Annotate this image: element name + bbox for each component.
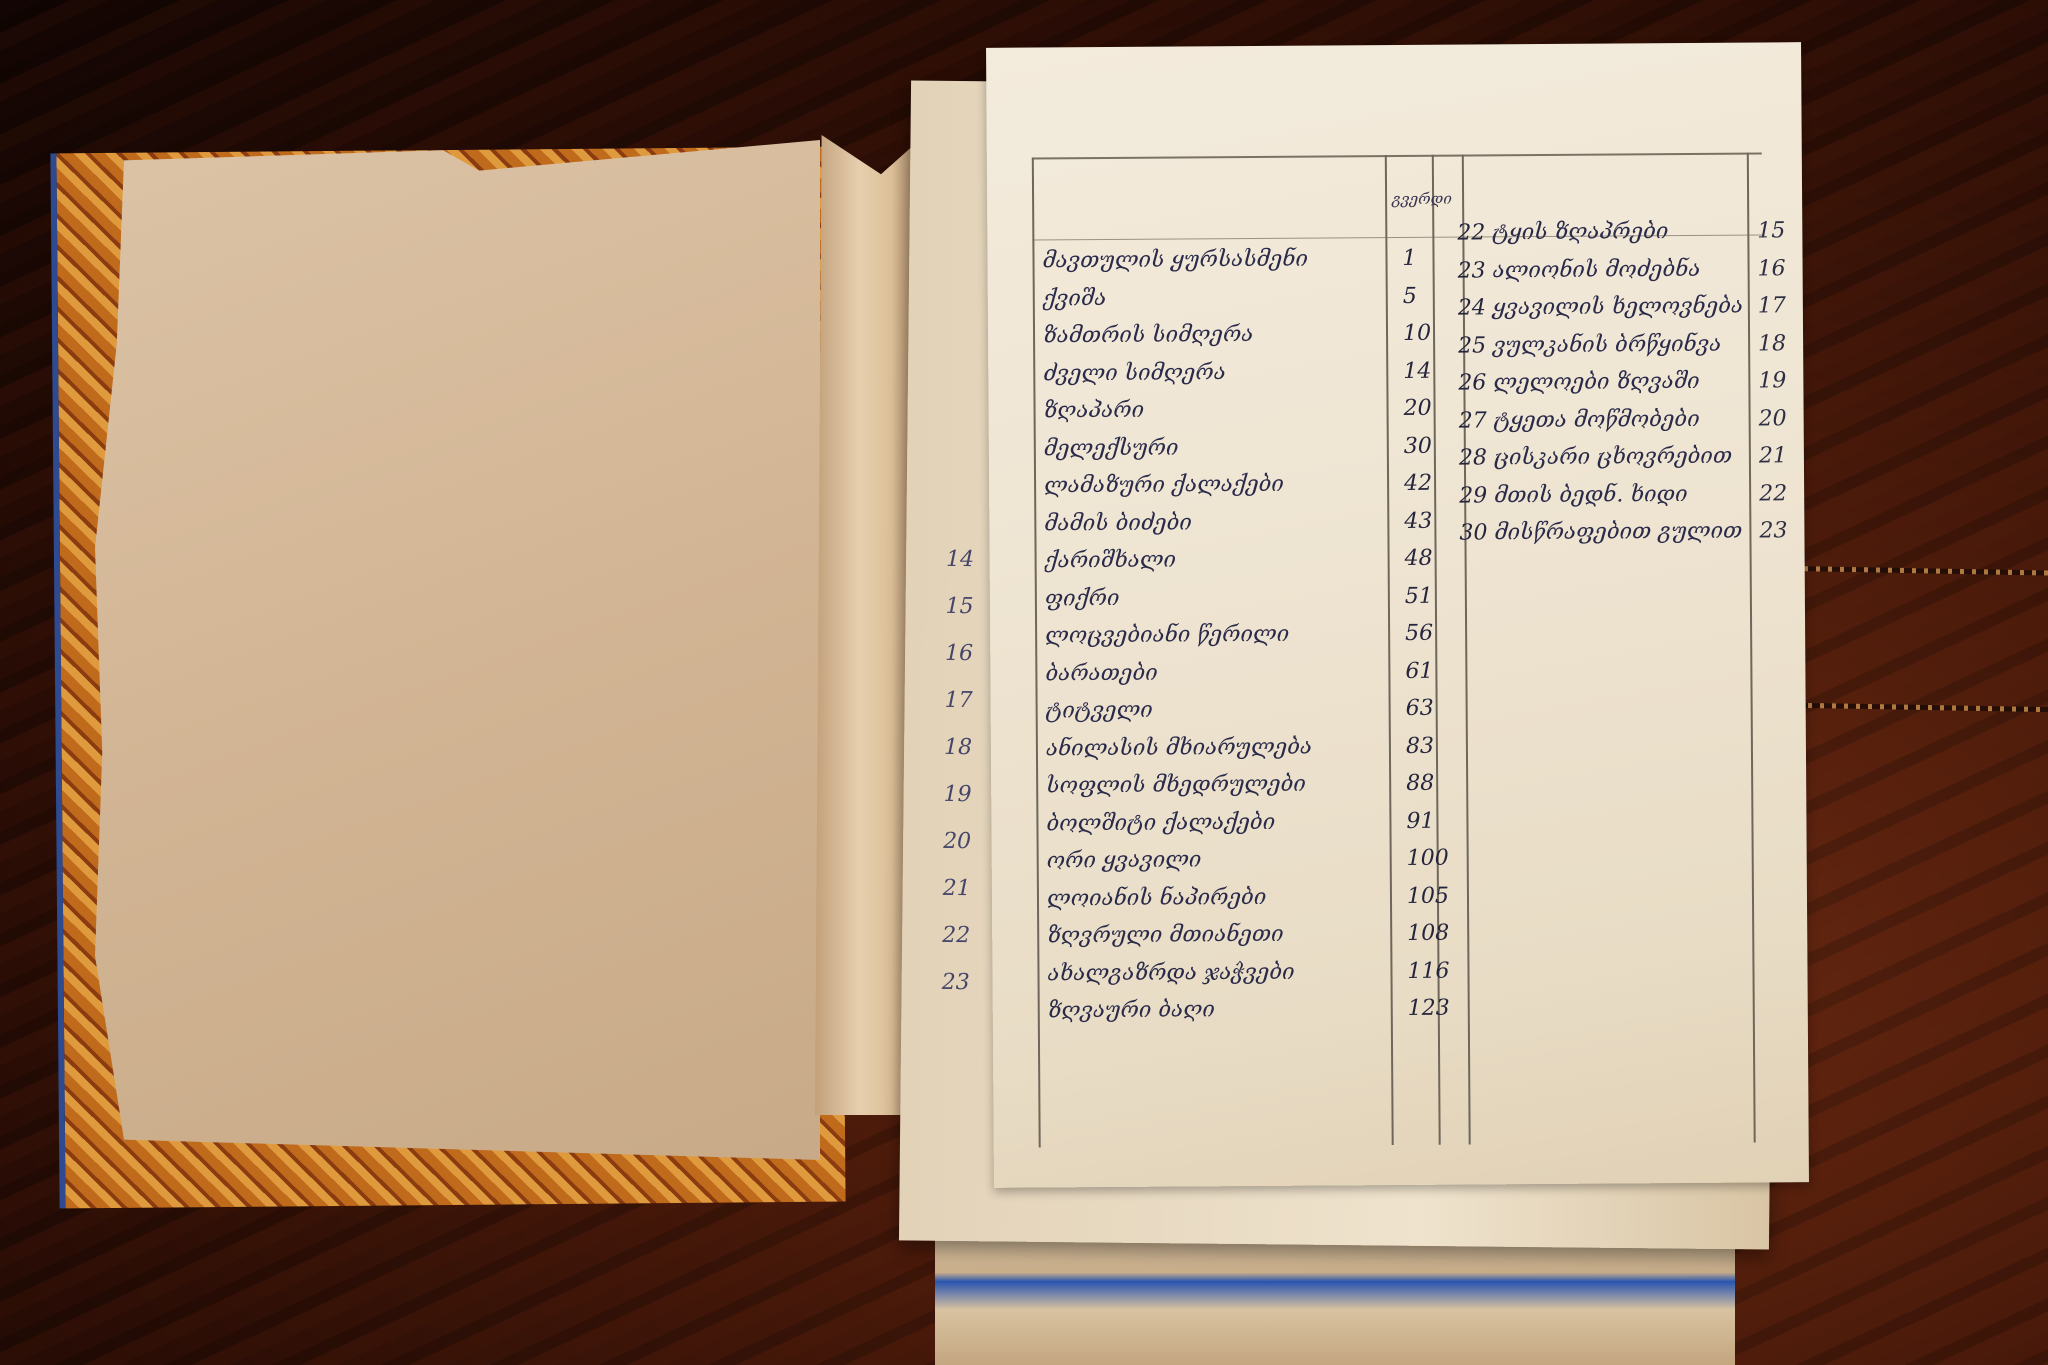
right-entry: 22 ტყის ზღაპრები <box>1457 212 1757 252</box>
entry-title: ლამაზური ქალაქები <box>1044 465 1384 505</box>
page-number: 83 <box>1406 727 1456 765</box>
entry-title: ზღვრული მთიანეთი <box>1047 915 1387 955</box>
entry-title: ბოლშიტი ქალაქები <box>1046 803 1386 843</box>
entry-title: სოფლის მხედრულები <box>1046 765 1386 805</box>
right-entry: 29 მთის ბედნ. ხიდი <box>1459 475 1759 515</box>
page-number: 1 <box>1402 240 1452 278</box>
page-number: 88 <box>1406 765 1456 803</box>
left-entry-list: მავთულის ყურსასმენი ქვიშა ზამთრის სიმღერ… <box>1042 240 1387 1030</box>
entry-title: ლოიანის ნაპირები <box>1047 878 1387 918</box>
right-entry: 30 მისწრაფებით გულით <box>1459 512 1759 552</box>
page-number: 20 <box>1403 390 1453 428</box>
entry-title: ბარათები <box>1045 653 1385 693</box>
page-column-header: გვერდი <box>1392 190 1452 208</box>
table-of-contents-page: გვერდი მავთულის ყურსასმენი ქვიშა ზამთრის… <box>986 42 1809 1188</box>
right-entry: 24 ყვავილის ხელოვნება <box>1458 287 1758 327</box>
page-number: 56 <box>1405 615 1455 653</box>
entry-title: მელექსური <box>1044 428 1384 468</box>
page-number: 30 <box>1404 427 1454 465</box>
page-number: 123 <box>1408 990 1458 1028</box>
page-number: 91 <box>1406 802 1456 840</box>
page-number: 63 <box>1406 690 1456 728</box>
page-number: 116 <box>1407 952 1457 990</box>
entry-title: მამის ბიძები <box>1044 503 1384 543</box>
entry-title: ანილასის მხიარულება <box>1046 728 1386 768</box>
entry-title: ზამთრის სიმღერა <box>1043 315 1383 355</box>
entry-title: ლოცვებიანი წერილი <box>1045 615 1385 655</box>
page-number: 43 <box>1404 502 1454 540</box>
entry-title: ზღვაური ბაღი <box>1048 990 1388 1030</box>
right-entry: 26 ლელოები ზღვაში <box>1458 362 1758 402</box>
entry-title: მავთულის ყურსასმენი <box>1042 240 1382 280</box>
entry-title: ტიტველი <box>1046 690 1386 730</box>
page-number: 51 <box>1405 577 1455 615</box>
right-entry-list: 22 ტყის ზღაპრები 23 ალიონის მოძებნა 24 ყ… <box>1457 212 1759 552</box>
right-entry: 27 ტყეთა მოწმობები <box>1459 400 1759 440</box>
blank-flyleaf-page <box>95 140 820 1160</box>
page-number: 10 <box>1403 315 1453 353</box>
right-entry: 23 ალიონის მოძებნა <box>1457 250 1757 290</box>
right-entry: 25 ვულკანის ბრწყინვა <box>1458 325 1758 365</box>
page-number: 48 <box>1404 540 1454 578</box>
page-number: 42 <box>1404 465 1454 503</box>
entry-title: ახალგაზრდა ჯაჭვები <box>1047 953 1387 993</box>
entry-title: ძველი სიმღერა <box>1043 353 1383 393</box>
page-number: 100 <box>1407 840 1457 878</box>
page-number: 5 <box>1403 277 1453 315</box>
entry-title: ზღაპარი <box>1043 390 1383 430</box>
page-number: 14 <box>1403 352 1453 390</box>
header-rule <box>1032 152 1762 159</box>
page-number: 61 <box>1405 652 1455 690</box>
column-line <box>1032 158 1041 1148</box>
entry-title: ფიქრი <box>1045 578 1385 618</box>
right-edge-page-numbers: 15 16 17 18 19 20 21 22 23 <box>1757 212 1799 550</box>
entry-title: ორი ყვავილი <box>1047 840 1387 880</box>
page-number: 105 <box>1407 877 1457 915</box>
entry-title: ქვიშა <box>1043 278 1383 318</box>
left-page-numbers: 1 5 10 14 20 30 42 43 48 51 56 61 63 83 … <box>1402 240 1457 1028</box>
entry-title: ქარიშხალი <box>1044 540 1384 580</box>
right-entry: 28 ცისკარი ცხოვრებით <box>1459 437 1759 477</box>
underlying-page-numbers: 14 15 16 17 18 19 20 21 22 23 <box>941 536 991 1006</box>
page-number: 108 <box>1407 915 1457 953</box>
